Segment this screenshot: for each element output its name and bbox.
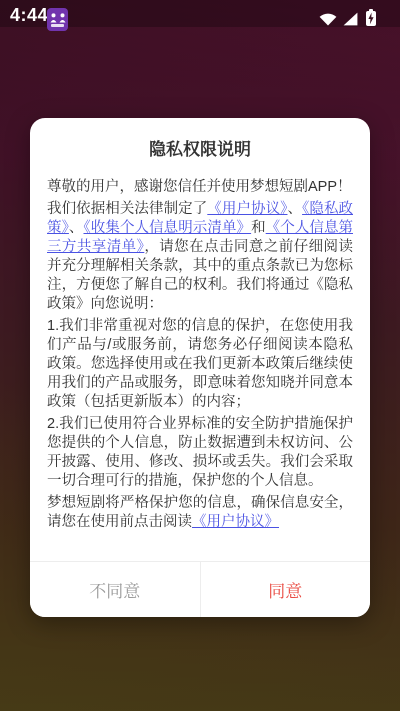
paragraph-text: 和 xyxy=(251,220,266,236)
status-bar-right-icons xyxy=(319,9,376,26)
paragraph-text: 1.我们非常重视对您的信息的保护，在您使用我们产品与/或服务前，请您务必仔细阅读… xyxy=(47,318,353,410)
paragraph-text: 、 xyxy=(287,201,302,217)
battery-charging-icon xyxy=(366,9,376,26)
document-link[interactable]: 《收集个人信息明示清单》 xyxy=(83,220,251,236)
status-bar: 4:44 xyxy=(0,0,400,38)
paragraph: 梦想短剧将严格保护您的信息，确保信息安全，请您在使用前点击阅读《用户协议》 xyxy=(47,494,353,532)
paragraph: 2.我们已使用符合业界标准的安全防护措施保护您提供的个人信息，防止数据遭到未权访… xyxy=(47,415,353,491)
privacy-permission-dialog: 隐私权限说明 尊敬的用户，感谢您信任并使用梦想短剧APP！我们依据相关法律制定了… xyxy=(30,118,370,617)
dialog-title: 隐私权限说明 xyxy=(30,118,370,160)
paragraph: 尊敬的用户，感谢您信任并使用梦想短剧APP！ xyxy=(47,178,353,197)
document-link[interactable]: 《用户协议》 xyxy=(192,514,279,530)
app-icon-text-strip xyxy=(51,24,64,27)
paragraph: 我们依据相关法律制定了《用户协议》、《隐私政策》、《收集个人信息明示清单》和《个… xyxy=(47,200,353,314)
paragraph-text: 我们依据相关法律制定了 xyxy=(47,201,207,217)
app-notification-icon xyxy=(47,8,68,31)
dialog-footer: 不同意 同意 xyxy=(30,561,370,617)
disagree-button[interactable]: 不同意 xyxy=(30,562,200,617)
privacy-text[interactable]: 尊敬的用户，感谢您信任并使用梦想短剧APP！我们依据相关法律制定了《用户协议》、… xyxy=(47,178,353,562)
status-bar-time: 4:44 xyxy=(10,5,48,26)
wifi-icon xyxy=(319,12,337,26)
phone-screen: 4:44 隐私权限说明 尊敬的用户，感谢您信任并使用梦想短剧APP！我们依据相 xyxy=(0,0,400,711)
app-icon-figures xyxy=(50,13,66,23)
document-link[interactable]: 《用户协议》 xyxy=(207,201,287,217)
cellular-signal-icon xyxy=(343,12,358,26)
paragraph-text: 尊敬的用户，感谢您信任并使用梦想短剧APP！ xyxy=(47,179,352,195)
paragraph-text: 2.我们已使用符合业界标准的安全防护措施保护您提供的个人信息，防止数据遭到未权访… xyxy=(47,416,353,489)
paragraph-text: 、 xyxy=(69,220,84,236)
agree-button[interactable]: 同意 xyxy=(201,562,371,617)
paragraph: 1.我们非常重视对您的信息的保护，在您使用我们产品与/或服务前，请您务必仔细阅读… xyxy=(47,317,353,412)
